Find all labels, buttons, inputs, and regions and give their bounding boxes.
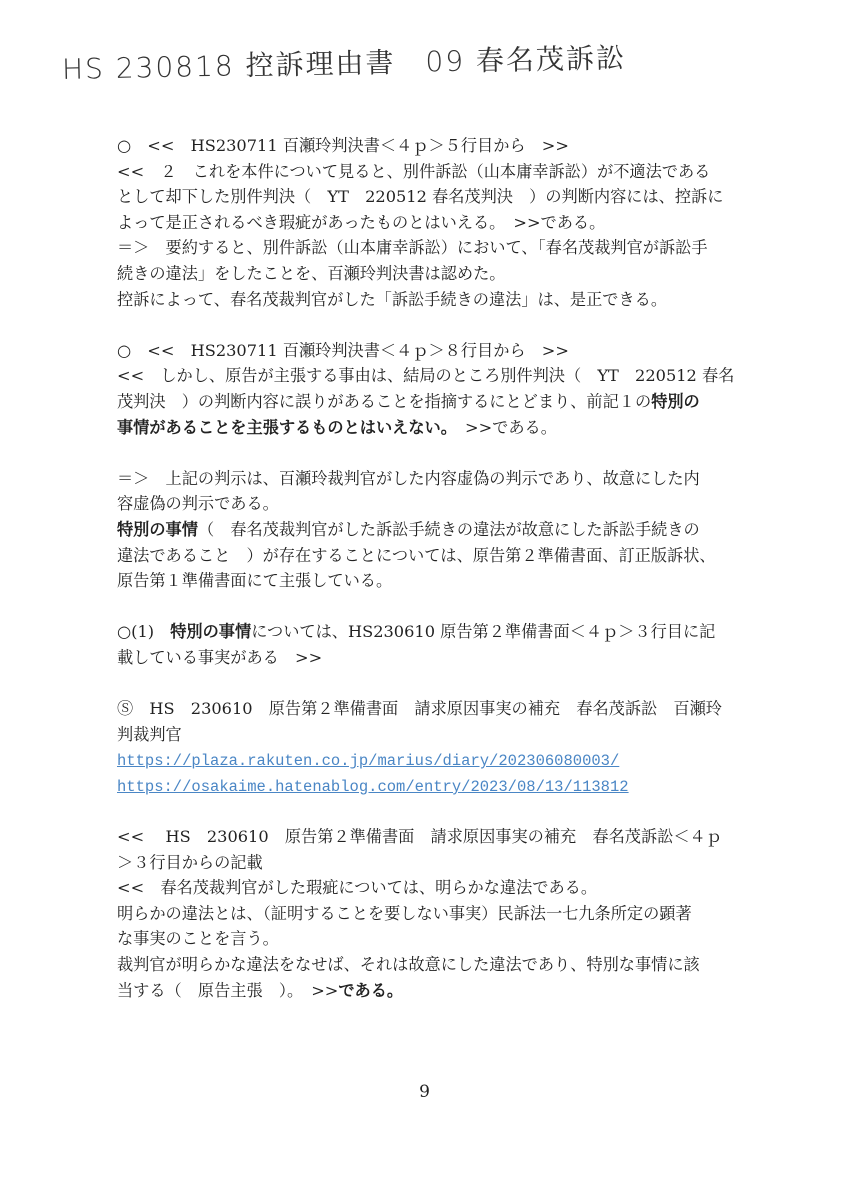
- spacer: [117, 798, 789, 824]
- argument-line: 特別の事情（ 春名茂裁判官がした訴訟手続きの違法が故意にした訴訟手続きの: [117, 517, 789, 543]
- argument-line: ＝＞ 上記の判示は、百瀬玲裁判官がした内容虚偽の判示であり、故意にした内: [117, 466, 789, 492]
- blog-link-hatena[interactable]: https://osakaime.hatenablog.com/entry/20…: [117, 778, 629, 796]
- emphasis-text: である。: [338, 981, 403, 1000]
- link-line: https://osakaime.hatenablog.com/entry/20…: [117, 773, 789, 799]
- section2-heading: ○ << HS230711 百瀬玲判決書＜４ｐ＞８行目から >>: [117, 338, 789, 364]
- item-line: 載している事実がある >>: [117, 645, 789, 671]
- item-prefix: ○(1): [117, 622, 170, 641]
- handwritten-title: HS 230818 控訴理由書 09 春名茂訴訟: [62, 36, 627, 88]
- citation-text: 当する（ 原告主張 ）。 >>: [117, 981, 338, 1000]
- argument-line: 容虚偽の判示である。: [117, 491, 789, 517]
- quote-line: よって是正されるべき瑕疵があったものとはいえる。 >>である。: [117, 210, 789, 236]
- quote-line: 事情があることを主張するものとはいえない。 >>である。: [117, 415, 789, 441]
- spacer: [117, 670, 789, 696]
- quote-line: として却下した別件判決（ YT 220512 春名茂判決 ）の判断内容には、控訴…: [117, 184, 789, 210]
- quote-text: 茂判決 ）の判断内容に誤りがあることを指摘するにとどまり、前記１の: [117, 392, 651, 411]
- link-line: https://plaza.rakuten.co.jp/marius/diary…: [117, 747, 789, 773]
- section1-heading: ○ << HS230711 百瀬玲判決書＜４ｐ＞５行目から >>: [117, 133, 789, 159]
- citation-line: ＞３行目からの記載: [117, 850, 789, 876]
- quote-line: << ２ これを本件について見ると、別件訴訟（山本庸幸訴訟）が不適法である: [117, 159, 789, 185]
- section4-heading: ○(1) 特別の事情については、HS230610 原告第２準備書面＜４ｐ＞３行目…: [117, 619, 789, 645]
- quote-text: >>である。: [449, 418, 557, 437]
- item-text: については、HS230610 原告第２準備書面＜４ｐ＞３行目に記: [251, 622, 715, 641]
- emphasis-text: 事情があることを主張するものとはいえない。: [117, 418, 449, 437]
- emphasis-text: 特別の: [651, 392, 700, 411]
- citation-line: << HS 230610 原告第２準備書面 請求原因事実の補充 春名茂訴訟＜４ｐ: [117, 824, 789, 850]
- citation-line: 裁判官が明らかな違法をなせば、それは故意にした違法であり、特別な事情に該: [117, 952, 789, 978]
- argument-line: 違法であること ）が存在することについては、原告第２準備書面、訂正版訴状、: [117, 543, 789, 569]
- argument-line: 原告第１準備書面にて主張している。: [117, 568, 789, 594]
- citation-line: << 春名茂裁判官がした瑕疵については、明らかな違法である。: [117, 875, 789, 901]
- citation-line: 明らかの違法とは、（証明することを要しない事実）民訴法一七九条所定の顕著: [117, 901, 789, 927]
- summary-line: ＝＞ 要約すると、別件訴訟（山本庸幸訴訟）において、「春名茂裁判官が訴訟手: [117, 235, 789, 261]
- emphasis-text: 特別の事情: [170, 622, 251, 641]
- page-number: 9: [0, 1082, 849, 1102]
- reference-line: Ⓢ HS 230610 原告第２準備書面 請求原因事実の補充 春名茂訴訟 百瀬玲: [117, 696, 789, 722]
- spacer: [117, 440, 789, 466]
- reference-line: 判裁判官: [117, 722, 789, 748]
- emphasis-text: 特別の事情: [117, 520, 198, 539]
- citation-line: な事実のことを言う。: [117, 926, 789, 952]
- quote-line: << しかし、原告が主張する事由は、結局のところ別件判決（ YT 220512 …: [117, 363, 789, 389]
- spacer: [117, 594, 789, 620]
- blog-link-rakuten[interactable]: https://plaza.rakuten.co.jp/marius/diary…: [117, 752, 619, 770]
- summary-line: 続きの違法」をしたことを、百瀬玲判決書は認めた。: [117, 261, 789, 287]
- spacer: [117, 312, 789, 338]
- citation-line: 当する（ 原告主張 ）。 >>である。: [117, 978, 789, 1004]
- document-body: ○ << HS230711 百瀬玲判決書＜４ｐ＞５行目から >> << ２ これ…: [117, 133, 789, 1003]
- argument-text: （ 春名茂裁判官がした訴訟手続きの違法が故意にした訴訟手続きの: [198, 520, 700, 539]
- quote-line: 茂判決 ）の判断内容に誤りがあることを指摘するにとどまり、前記１の特別の: [117, 389, 789, 415]
- summary-line: 控訴によって、春名茂裁判官がした「訴訟手続きの違法」は、是正できる。: [117, 287, 789, 313]
